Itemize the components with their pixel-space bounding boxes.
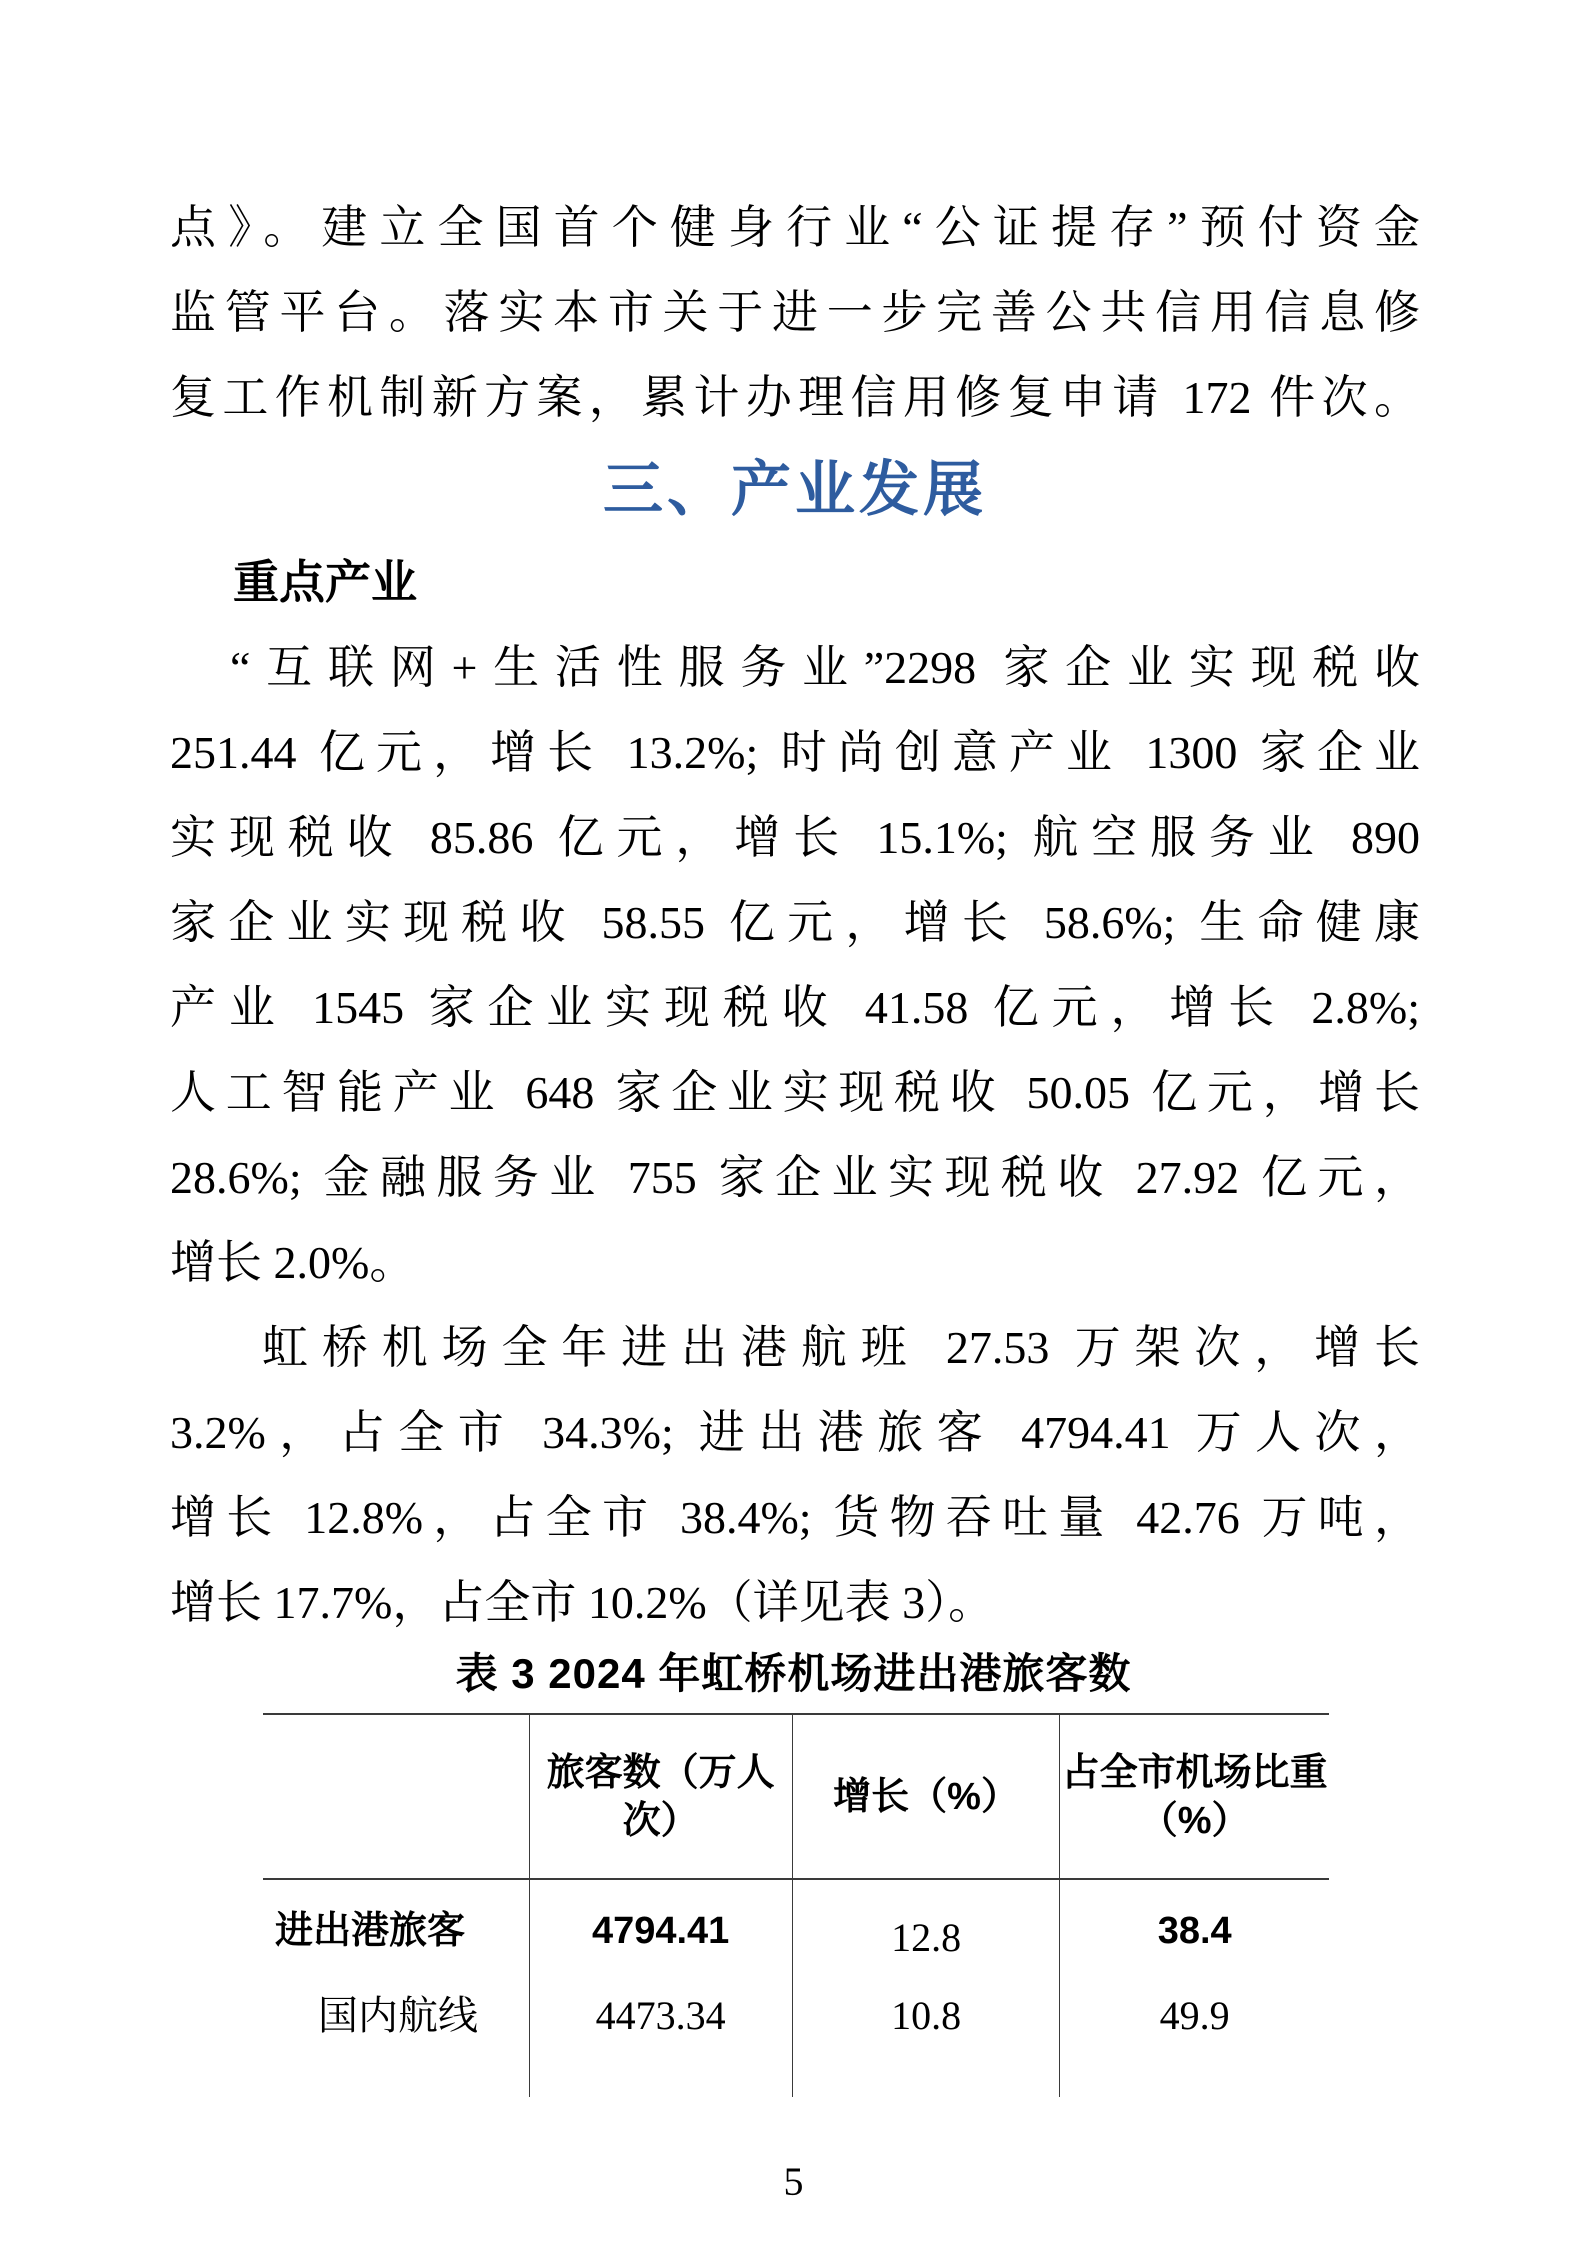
row-domestic-share: 49.9 — [1060, 1982, 1329, 2097]
industry-paragraph-line-1: “互联网+生活性服务业”2298 家企业实现税收 — [170, 625, 1420, 710]
row-domestic-growth: 10.8 — [793, 1982, 1061, 2097]
page-number: 5 — [0, 2158, 1587, 2206]
intro-paragraph-line-3: 复工作机制新方案，累计办理信用修复申请 172 件次。 — [170, 355, 1420, 440]
table-row-total: 进出港旅客 4794.41 12.8 38.4 — [263, 1880, 1329, 1982]
industry-paragraph-line-5: 产业 1545 家企业实现税收 41.58 亿元，增长 2.8%; — [170, 965, 1420, 1050]
document-page: 点》。建立全国首个健身行业“公证提存”预付资金 监管平台。落实本市关于进一步完善… — [0, 0, 1587, 2245]
intro-paragraph-line-2: 监管平台。落实本市关于进一步完善公共信用信息修 — [170, 270, 1420, 355]
industry-paragraph-line-2: 251.44 亿元，增长 13.2%; 时尚创意产业 1300 家企业 — [170, 710, 1420, 795]
table-title: 表 3 2024 年虹桥机场进出港旅客数 — [0, 1648, 1587, 1700]
intro-paragraph-line-1: 点》。建立全国首个健身行业“公证提存”预付资金 — [170, 185, 1420, 270]
section-heading: 三、产业发展 — [170, 440, 1420, 540]
industry-paragraph-line-7: 28.6%; 金融服务业 755 家企业实现税收 27.92 亿元， — [170, 1135, 1420, 1220]
table-header-cell-share: 占全市机场比重 （%） — [1060, 1715, 1329, 1878]
subsection-heading: 重点产业 — [170, 540, 1420, 625]
row-total-share: 38.4 — [1060, 1880, 1329, 1982]
row-total-growth: 12.8 — [793, 1880, 1061, 1982]
table-row-domestic: 国内航线 4473.34 10.8 49.9 — [263, 1982, 1329, 2097]
table-header-row: 旅客数（万人次） 增长（%） 占全市机场比重 （%） — [263, 1715, 1329, 1880]
table-header-cell-growth: 增长（%） — [793, 1715, 1061, 1878]
industry-paragraph-line-4: 家企业实现税收 58.55 亿元，增长 58.6%; 生命健康 — [170, 880, 1420, 965]
airport-paragraph-line-2: 3.2%，占全市 34.3%; 进出港旅客 4794.41 万人次， — [170, 1390, 1420, 1475]
row-domestic-label: 国内航线 — [263, 1982, 530, 2097]
airport-paragraph-line-1: 虹桥机场全年进出港航班 27.53 万架次，增长 — [170, 1305, 1420, 1390]
table-header-cell-blank — [263, 1715, 530, 1878]
text-content: 点》。建立全国首个健身行业“公证提存”预付资金 监管平台。落实本市关于进一步完善… — [170, 185, 1420, 1645]
airport-paragraph-line-4: 增长 17.7%，占全市 10.2%（详见表 3）。 — [170, 1560, 1420, 1645]
table-header-cell-passengers: 旅客数（万人次） — [530, 1715, 793, 1878]
table-header-share-line-2: （%） — [1140, 1797, 1250, 1845]
industry-paragraph-line-3: 实现税收 85.86 亿元，增长 15.1%; 航空服务业 890 — [170, 795, 1420, 880]
table-header-share-line-1: 占全市机场比重 — [1062, 1749, 1328, 1797]
row-total-passengers: 4794.41 — [530, 1880, 793, 1982]
industry-paragraph-line-8: 增长 2.0%。 — [170, 1220, 1420, 1305]
airport-table: 旅客数（万人次） 增长（%） 占全市机场比重 （%） 进出港旅客 4794.41… — [263, 1713, 1329, 2097]
row-domestic-passengers: 4473.34 — [530, 1982, 793, 2097]
airport-paragraph-line-3: 增长 12.8%，占全市 38.4%; 货物吞吐量 42.76 万吨， — [170, 1475, 1420, 1560]
row-total-label: 进出港旅客 — [263, 1880, 530, 1982]
industry-paragraph-line-6: 人工智能产业 648 家企业实现税收 50.05 亿元，增长 — [170, 1050, 1420, 1135]
